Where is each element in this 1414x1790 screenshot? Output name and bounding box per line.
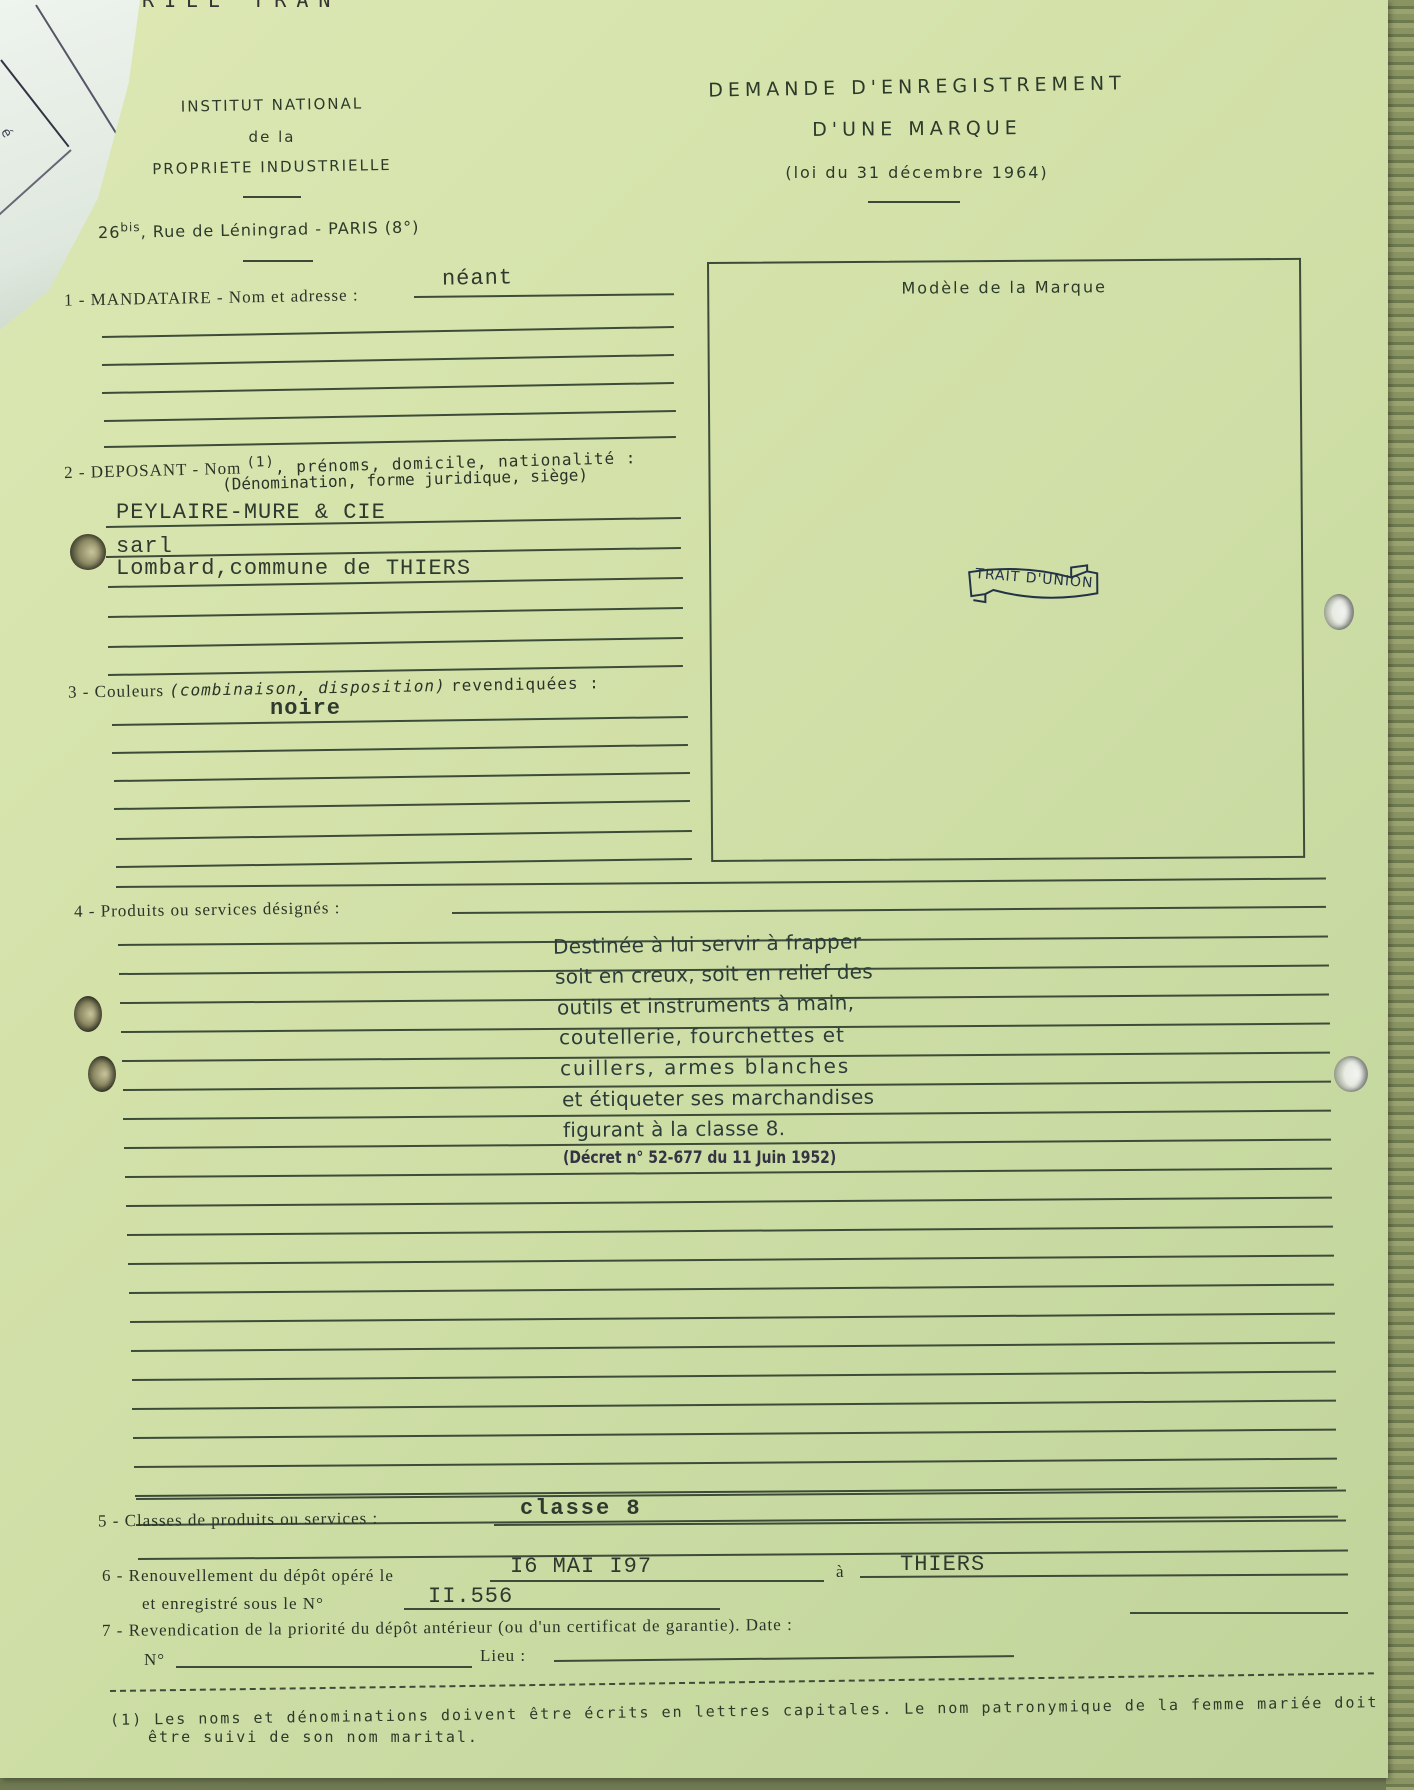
field-line bbox=[102, 354, 674, 366]
field-line bbox=[128, 1255, 1334, 1265]
products-line-3[interactable]: outils et instruments à main, bbox=[557, 990, 855, 1019]
punch-hole bbox=[1334, 1056, 1368, 1092]
field-line bbox=[114, 772, 690, 782]
form-law-reference: (loi du 31 décembre 1964) bbox=[667, 163, 1167, 182]
field-line bbox=[127, 1226, 1333, 1236]
punch-hole bbox=[70, 534, 106, 570]
field-line bbox=[114, 800, 690, 810]
field-line bbox=[414, 293, 674, 298]
field-line bbox=[108, 607, 683, 618]
field-line bbox=[131, 1342, 1335, 1352]
field-line bbox=[102, 326, 674, 338]
institute-name: INSTITUT NATIONAL bbox=[112, 93, 432, 117]
renewal-date-value[interactable]: I6 MAI I97 bbox=[510, 1554, 652, 1579]
model-box-title: Modèle de la Marque bbox=[709, 276, 1299, 299]
field-line bbox=[490, 1580, 824, 1582]
decree-reference: (Décret n° 52-677 du 11 Juin 1952) bbox=[563, 1148, 836, 1168]
institute-name-de-la: de la bbox=[112, 128, 432, 146]
products-line-6[interactable]: et étiqueter ses marchandises bbox=[562, 1085, 875, 1112]
registration-number-value[interactable]: II.556 bbox=[428, 1584, 513, 1609]
form-sheet: PRIEE TRAN INSTITUT NATIONAL de la PROPR… bbox=[0, 0, 1388, 1778]
class-value[interactable]: classe 8 bbox=[520, 1496, 642, 1521]
field-line bbox=[133, 1429, 1336, 1439]
priority-number-label: N° bbox=[144, 1650, 165, 1670]
field-line bbox=[554, 1655, 1014, 1662]
footnote-line-1: (1) Les noms et dénominations doivent êt… bbox=[110, 1693, 1379, 1729]
section-6-label: 6 - Renouvellement du dépôt opéré le bbox=[102, 1566, 394, 1586]
field-line bbox=[126, 1197, 1332, 1207]
field-line bbox=[116, 830, 692, 840]
field-line bbox=[176, 1666, 472, 1668]
field-line bbox=[116, 878, 1326, 888]
field-line bbox=[130, 1313, 1335, 1323]
field-line bbox=[108, 637, 683, 648]
field-line bbox=[134, 1458, 1337, 1468]
form-title: DEMANDE D'ENREGISTREMENT bbox=[667, 72, 1167, 103]
field-line bbox=[132, 1400, 1336, 1410]
field-line bbox=[452, 906, 1326, 914]
trademark-stamp: TRAIT D'UNION bbox=[963, 559, 1103, 606]
products-line-1[interactable]: Destinée à lui servir à frapper bbox=[553, 929, 862, 958]
institute-name-propriete: PROPRIETE INDUSTRIELLE bbox=[112, 155, 432, 179]
products-line-4[interactable]: coutellerie, fourchettes et bbox=[559, 1023, 845, 1049]
products-line-7[interactable]: figurant à la classe 8. bbox=[563, 1116, 786, 1142]
section-1-label: 1 - MANDATAIRE - Nom et adresse : bbox=[64, 285, 359, 310]
field-line bbox=[131, 1371, 1335, 1381]
renewal-place-value[interactable]: THIERS bbox=[900, 1552, 985, 1577]
priority-place-label: Lieu : bbox=[480, 1646, 526, 1666]
section-5-label: 5 - Classes de produits ou services : bbox=[98, 1509, 378, 1532]
field-line bbox=[1130, 1612, 1348, 1614]
field-line bbox=[112, 716, 688, 726]
form-title-line2: D'UNE MARQUE bbox=[667, 116, 1167, 142]
trademark-model-box: Modèle de la Marque TRAIT D'UNION bbox=[707, 258, 1305, 862]
deposant-address[interactable]: Lombard,commune de THIERS bbox=[116, 556, 471, 581]
field-line bbox=[404, 1608, 720, 1610]
registration-number-label: et enregistré sous le N° bbox=[142, 1594, 324, 1614]
footnote-separator bbox=[110, 1672, 1374, 1692]
divider bbox=[243, 196, 301, 198]
institute-address: 26bis, Rue de Léningrad - PARIS (8°) bbox=[98, 215, 420, 242]
products-line-5[interactable]: cuillers, armes blanches bbox=[560, 1054, 850, 1081]
field-line bbox=[138, 1550, 1348, 1560]
punch-hole bbox=[74, 996, 102, 1032]
divider bbox=[243, 260, 313, 262]
field-line bbox=[102, 382, 674, 394]
footnote-line-2: être suivi de son nom marital. bbox=[148, 1728, 479, 1746]
products-line-2[interactable]: soit en creux, soit en relief des bbox=[555, 959, 873, 989]
field-line bbox=[112, 744, 688, 754]
section-7-label: 7 - Revendication de la priorité du dépô… bbox=[102, 1615, 793, 1641]
field-line bbox=[104, 410, 676, 422]
table-background bbox=[1386, 0, 1414, 1790]
mandataire-value[interactable]: néant bbox=[442, 265, 513, 291]
field-line bbox=[129, 1284, 1334, 1294]
punch-hole bbox=[1324, 594, 1354, 630]
field-line bbox=[125, 1168, 1332, 1178]
divider bbox=[868, 201, 960, 203]
colour-value[interactable]: noire bbox=[270, 696, 341, 721]
section-4-label: 4 - Produits ou services désignés : bbox=[74, 898, 341, 922]
at-label: à bbox=[836, 1562, 845, 1582]
field-line bbox=[116, 858, 692, 868]
punch-hole bbox=[88, 1056, 116, 1092]
previous-page-text: PRIEE TRAN bbox=[120, 0, 720, 12]
